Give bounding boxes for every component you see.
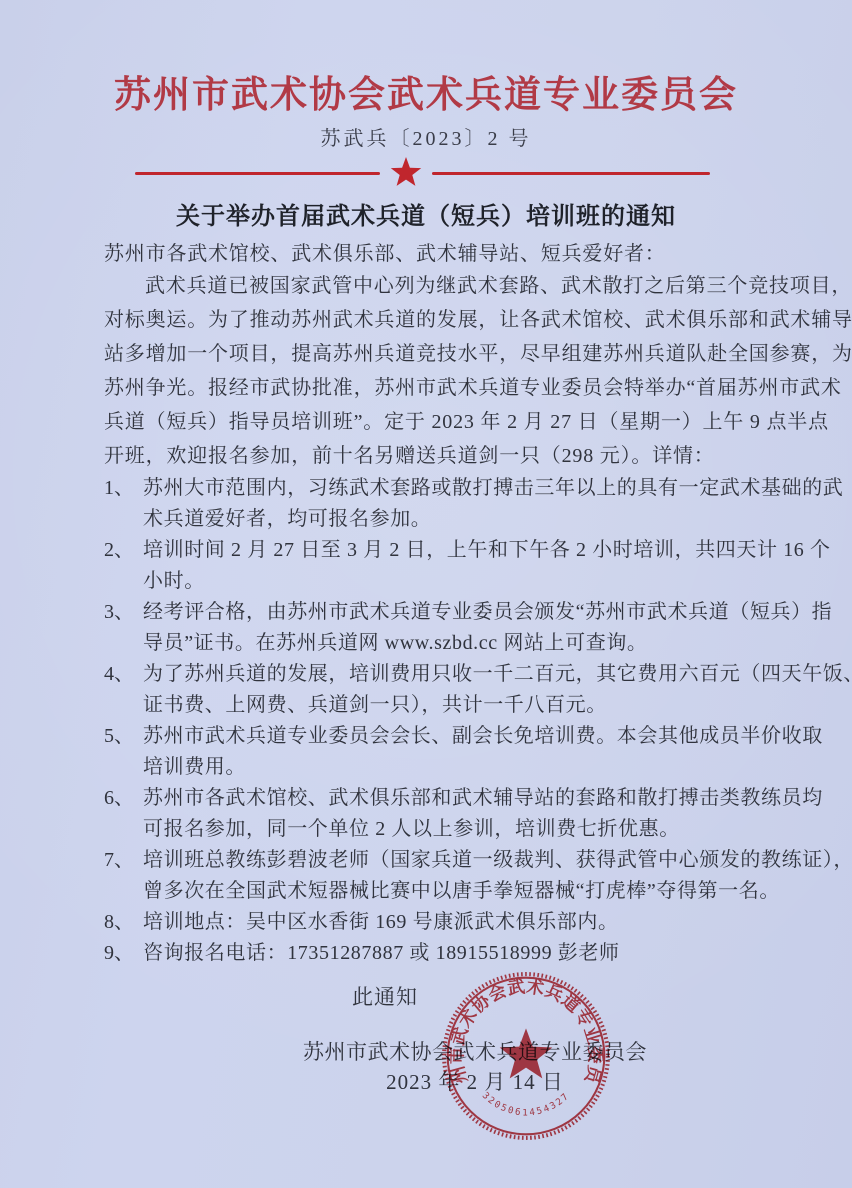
divider-rule-left <box>135 172 380 175</box>
intro-paragraph: 武术兵道已被国家武管中心列为继武术套路、武术散打之后第三个竞技项目， 对标奥运。… <box>104 269 760 473</box>
item-marker: 1、 <box>104 473 143 504</box>
list-item: 3、 经考评合格，由苏州市武术兵道专业委员会颁发“苏州市武术兵道（短兵）指 导员… <box>104 597 760 659</box>
item-marker: 9、 <box>104 938 143 969</box>
item-line: 咨询报名电话：17351287887 或 18915518999 彭老师 <box>143 938 760 969</box>
notice-list: 1、 苏州大市范围内，习练武术套路或散打搏击三年以上的具有一定武术基础的武 术兵… <box>104 473 760 969</box>
item-line: 小时。 <box>143 566 760 597</box>
signature-org: 苏州市武术协会武术兵道专业委员会 <box>300 1037 650 1067</box>
list-item: 2、 培训时间 2 月 27 日至 3 月 2 日，上午和下午各 2 小时培训，… <box>104 535 760 597</box>
closing-phrase: 此通知 <box>352 983 760 1011</box>
item-line: 曾多次在全国武术短器械比赛中以唐手拳短器械“打虎棒”夺得第一名。 <box>143 876 760 907</box>
intro-line: 开班，欢迎报名参加，前十名另赠送兵道剑一只（298 元）。详情： <box>104 439 760 473</box>
list-item: 8、 培训地点：吴中区水香街 169 号康派武术俱乐部内。 <box>104 907 760 938</box>
intro-line: 对标奥运。为了推动苏州武术兵道的发展，让各武术馆校、武术俱乐部和武术辅导 <box>104 303 760 337</box>
signature-block: 苏州市武术协会武术兵道专业委员会 2023 年 2 月 14 日 <box>300 1037 650 1097</box>
list-item: 4、 为了苏州兵道的发展，培训费用只收一千二百元，其它费用六百元（四天午饭、 证… <box>104 659 760 721</box>
item-marker: 3、 <box>104 597 143 628</box>
notice-body: 苏州市各武术馆校、武术俱乐部、武术辅导站、短兵爱好者： 武术兵道已被国家武管中心… <box>0 239 852 1097</box>
item-line: 可报名参加，同一个单位 2 人以上参训，培训费七折优惠。 <box>143 814 760 845</box>
item-marker: 4、 <box>104 659 143 690</box>
item-line: 苏州市武术兵道专业委员会会长、副会长免培训费。本会其他成员半价收取 <box>143 721 760 752</box>
item-line: 培训费用。 <box>143 752 760 783</box>
list-item: 5、 苏州市武术兵道专业委员会会长、副会长免培训费。本会其他成员半价收取 培训费… <box>104 721 760 783</box>
intro-line: 站多增加一个项目，提高苏州兵道竞技水平，尽早组建苏州兵道队赴全国参赛，为 <box>104 337 760 371</box>
intro-line: 兵道（短兵）指导员培训班”。定于 2023 年 2 月 27 日（星期一）上午 … <box>104 405 760 439</box>
item-line: 导员”证书。在苏州兵道网 www.szbd.cc 网站上可查询。 <box>143 628 760 659</box>
divider-rule-right <box>432 172 710 175</box>
item-line: 培训班总教练彭碧波老师（国家兵道一级裁判、获得武管中心颁发的教练证）， <box>143 845 760 876</box>
salutation: 苏州市各武术馆校、武术俱乐部、武术辅导站、短兵爱好者： <box>104 239 760 269</box>
list-item: 7、 培训班总教练彭碧波老师（国家兵道一级裁判、获得武管中心颁发的教练证）， 曾… <box>104 845 760 907</box>
intro-line: 苏州争光。报经市武协批准，苏州市武术兵道专业委员会特举办“首届苏州市武术 <box>104 371 760 405</box>
item-marker: 2、 <box>104 535 143 566</box>
list-item: 9、 咨询报名电话：17351287887 或 18915518999 彭老师 <box>104 938 760 969</box>
item-line: 为了苏州兵道的发展，培训费用只收一千二百元，其它费用六百元（四天午饭、 <box>143 659 760 690</box>
intro-line: 武术兵道已被国家武管中心列为继武术套路、武术散打之后第三个竞技项目， <box>104 269 760 303</box>
notice-title: 关于举办首届武术兵道（短兵）培训班的通知 <box>0 201 852 232</box>
list-item: 1、 苏州大市范围内，习练武术套路或散打搏击三年以上的具有一定武术基础的武 术兵… <box>104 473 760 535</box>
doc-number: 苏武兵〔2023〕2 号 <box>0 126 852 152</box>
item-marker: 7、 <box>104 845 143 876</box>
item-line: 证书费、上网费、兵道剑一只），共计一千八百元。 <box>143 690 760 721</box>
star-icon <box>388 154 424 192</box>
item-line: 苏州市各武术馆校、武术俱乐部和武术辅导站的套路和散打搏击类教练员均 <box>143 783 760 814</box>
item-line: 经考评合格，由苏州市武术兵道专业委员会颁发“苏州市武术兵道（短兵）指 <box>143 597 760 628</box>
item-line: 培训时间 2 月 27 日至 3 月 2 日，上午和下午各 2 小时培训，共四天… <box>143 535 760 566</box>
item-marker: 6、 <box>104 783 143 814</box>
item-marker: 8、 <box>104 907 143 938</box>
item-line: 术兵道爱好者，均可报名参加。 <box>143 504 760 535</box>
list-item: 6、 苏州市各武术馆校、武术俱乐部和武术辅导站的套路和散打搏击类教练员均 可报名… <box>104 783 760 845</box>
signature-date: 2023 年 2 月 14 日 <box>300 1067 650 1097</box>
org-title: 苏州市武术协会武术兵道专业委员会 <box>0 0 852 118</box>
item-marker: 5、 <box>104 721 143 752</box>
notice-document-page: 苏州市武术协会武术兵道专业委员会 苏武兵〔2023〕2 号 关于举办首届武术兵道… <box>0 0 852 1188</box>
item-line: 苏州大市范围内，习练武术套路或散打搏击三年以上的具有一定武术基础的武 <box>143 473 760 504</box>
item-line: 培训地点：吴中区水香街 169 号康派武术俱乐部内。 <box>143 907 760 938</box>
header-divider <box>135 154 710 192</box>
